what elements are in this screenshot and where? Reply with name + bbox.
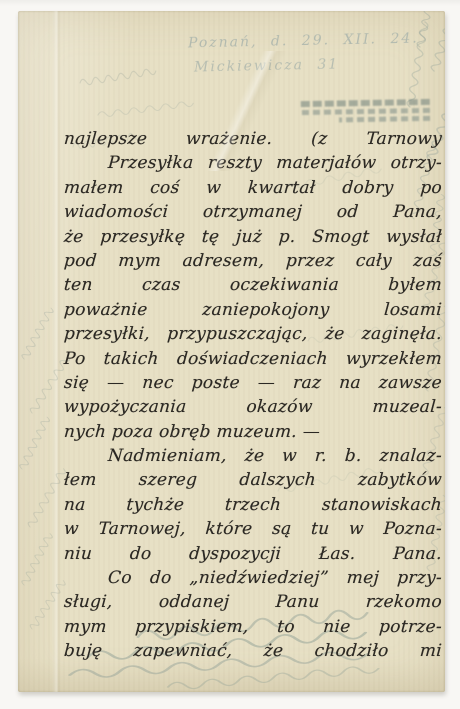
letter-line: mym przypiskiem, to nie potrze- xyxy=(63,615,443,639)
letter-line: sługi, oddanej Panu rzekomo xyxy=(63,590,443,614)
letter-line: pod mym adresem, przez cały zaś xyxy=(63,249,443,273)
letter-line: Nadmieniam, że w r. b. znalaz- xyxy=(63,444,443,468)
letter-line: wiadomości otrzymanej od Pana, xyxy=(63,200,443,224)
letter-line: Przesyłka reszty materjałów otrzy- xyxy=(63,151,443,175)
scanned-letter-view: Poznań, d. 29. XII. 24. Mickiewicza 31 n… xyxy=(0,0,460,709)
pencil-address: Mickiewicza 31 xyxy=(194,56,340,75)
letter-page: Poznań, d. 29. XII. 24. Mickiewicza 31 n… xyxy=(18,11,445,692)
letter-line: łem szereg dalszych zabytków xyxy=(63,468,443,492)
letter-line: się — nec poste — raz na zawsze xyxy=(63,371,443,395)
letter-line: wypożyczania okazów muzeal- xyxy=(63,395,443,419)
pencil-dateline: Poznań, d. 29. XII. 24. xyxy=(188,31,419,52)
letter-line: ten czas oczekiwania byłem xyxy=(63,273,443,297)
stamp-ghost-row xyxy=(300,99,430,107)
letter-line: buję zapewniać, że chodziło mi xyxy=(63,639,443,663)
stamp-ghost-row xyxy=(300,108,430,115)
letter-text: najlepsze wrażenie. (z TarnowyPrzesyłka … xyxy=(64,127,442,664)
letter-line: niu do dyspozycji Łas. Pana. xyxy=(63,542,443,566)
letter-line: nych poza obręb muzeum. — xyxy=(63,420,443,444)
stamp-ghost-row xyxy=(339,116,430,123)
letter-line: przesyłki, przypuszczając, że zaginęła. xyxy=(63,322,443,346)
letter-line: najlepsze wrażenie. (z Tarnowy xyxy=(63,127,443,151)
letter-line: że przesyłkę tę już p. Smogt wysłał xyxy=(63,225,443,249)
letter-line: Po takich doświadczeniach wyrzekłem xyxy=(63,347,443,371)
letter-line: poważnie zaniepokojony losami xyxy=(63,298,443,322)
letter-line: na tychże trzech stanowiskach xyxy=(63,493,443,517)
letter-line: w Tarnowej, które są tu w Pozna- xyxy=(63,517,443,541)
letter-line: Co do „niedźwiedziej” mej przy- xyxy=(63,566,443,590)
letter-line: małem coś w kwartał dobry po xyxy=(63,176,443,200)
